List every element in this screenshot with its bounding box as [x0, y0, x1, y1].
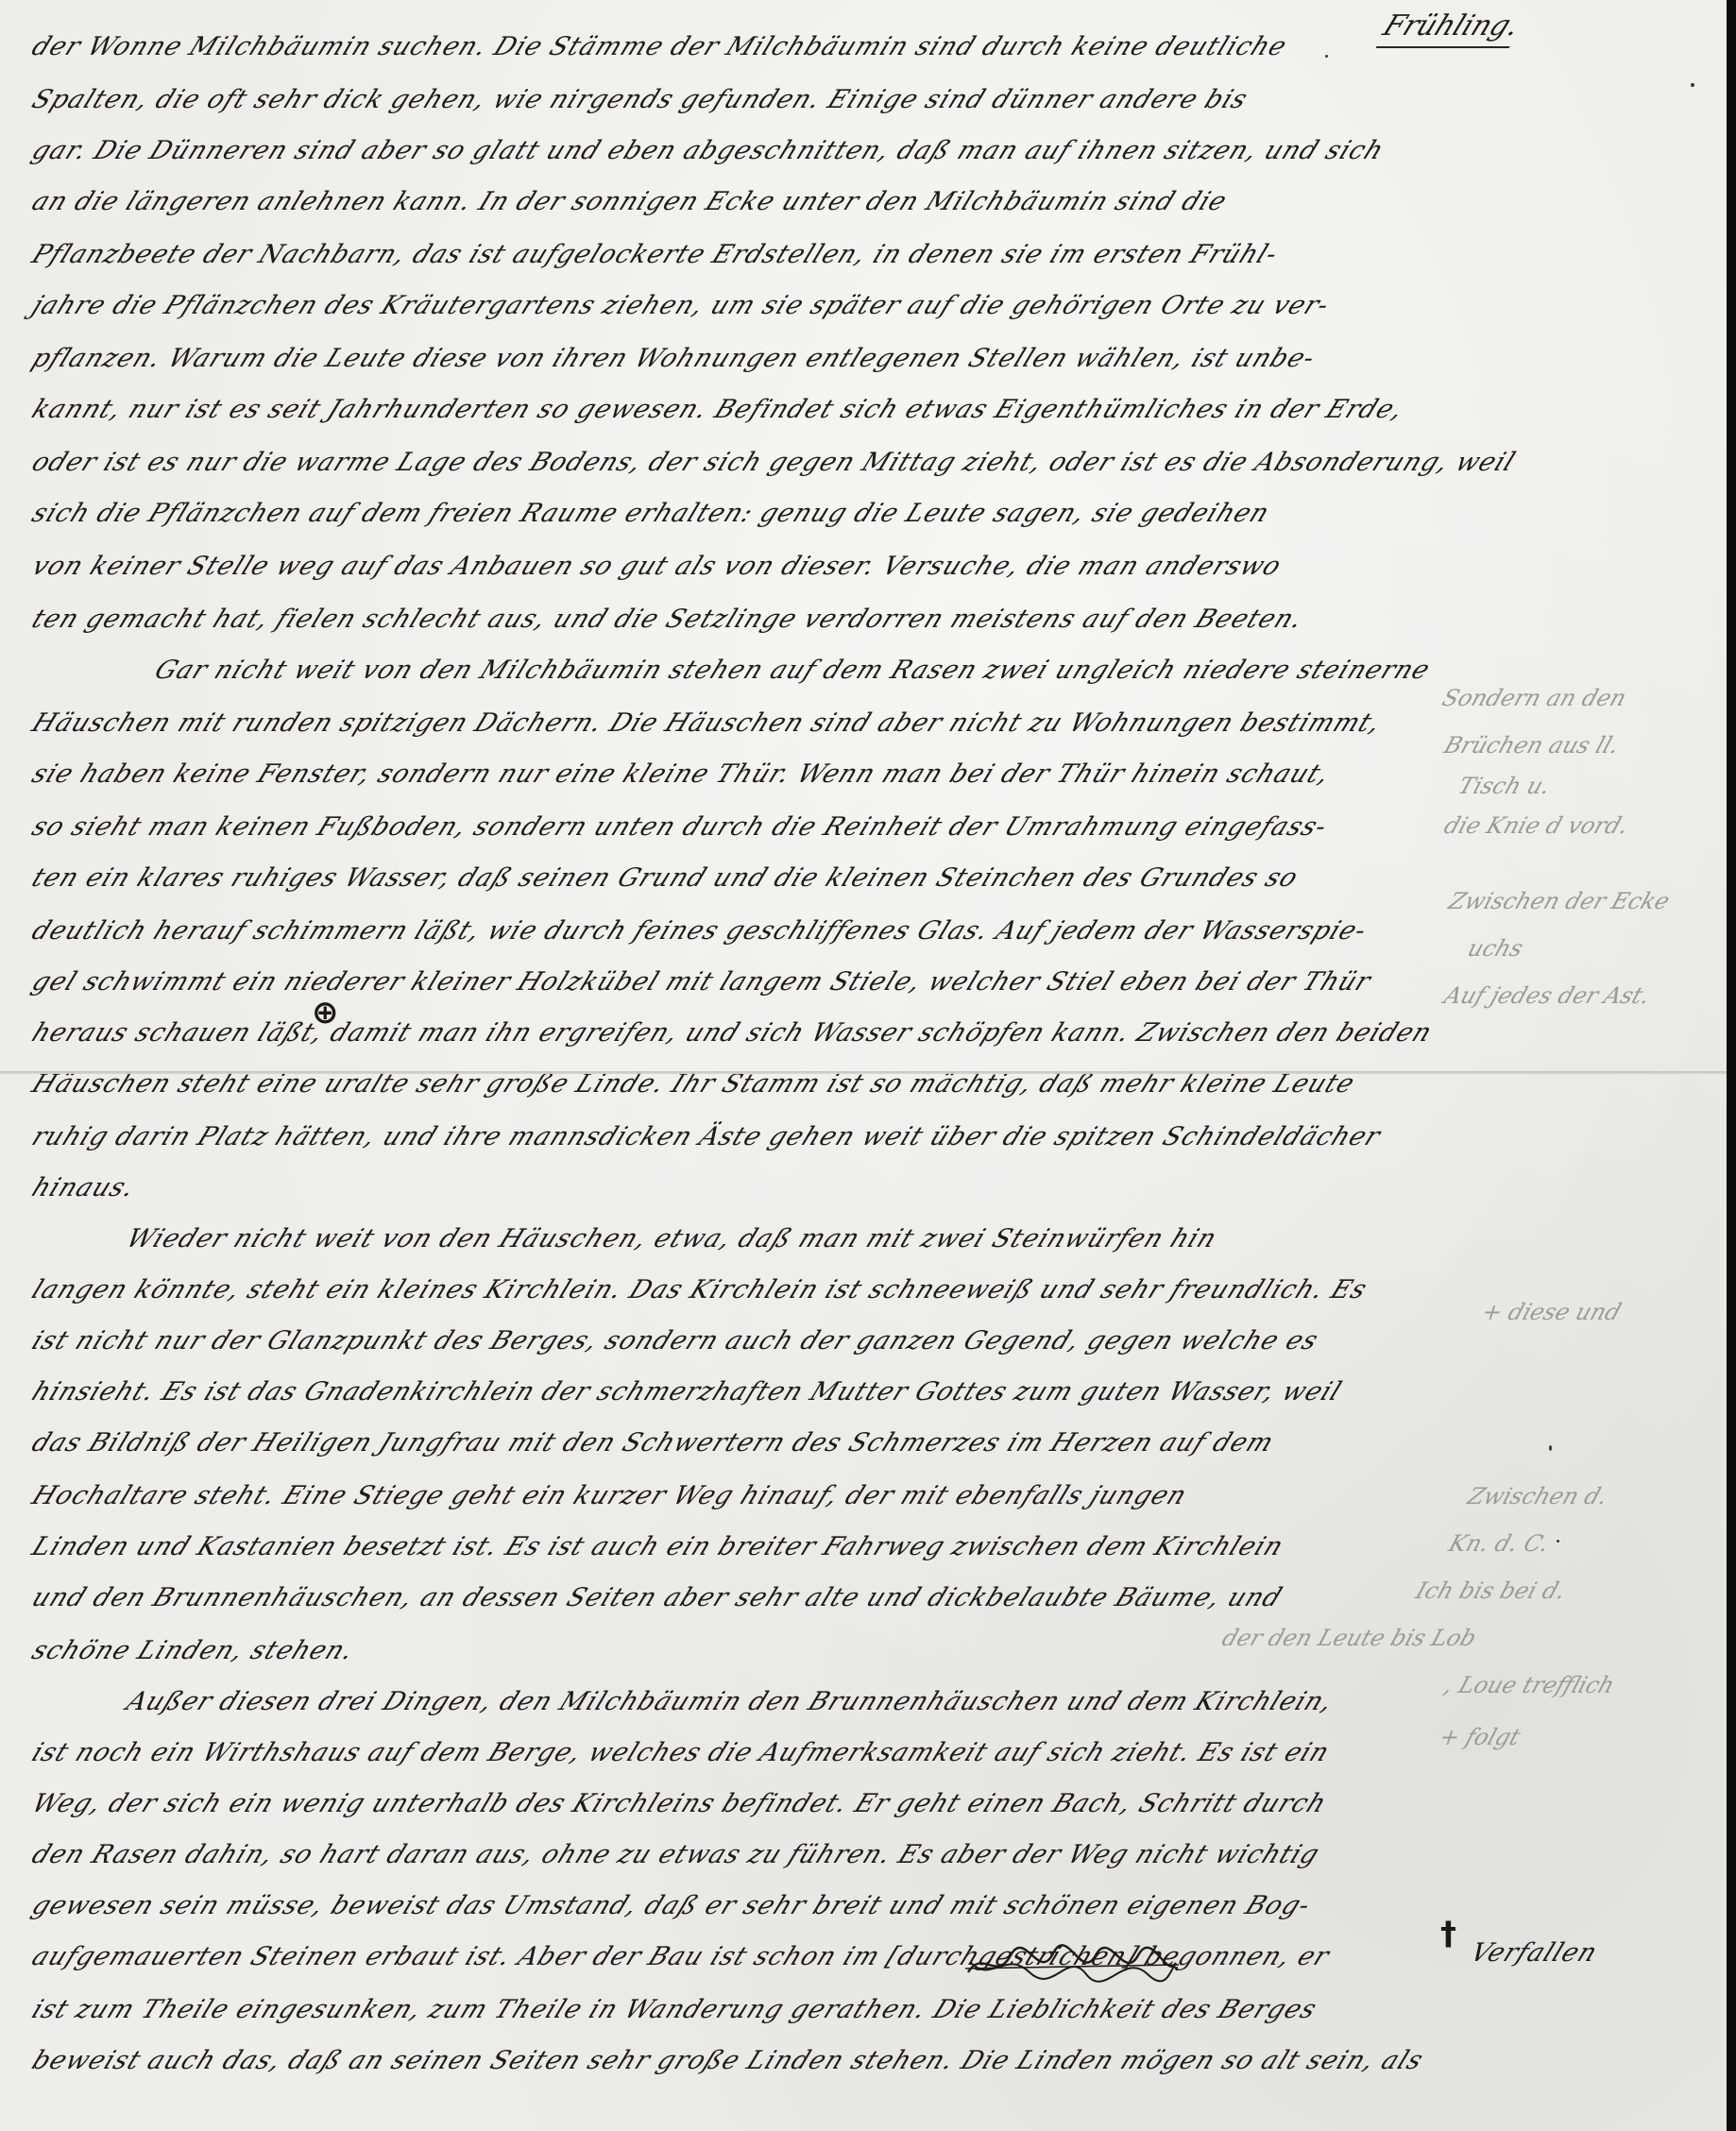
ink-speck — [1557, 1540, 1559, 1543]
document-page: der Wonne Milchbäumin suchen. Die Stämme… — [0, 0, 1727, 2131]
pencil-margin-note: Zwischen d. — [1464, 1483, 1610, 1509]
handwritten-line: so sieht man keinen Fußboden, sondern un… — [28, 814, 1331, 840]
handwritten-line: schöne Linden, stehen. — [28, 1638, 358, 1663]
handwritten-line: deutlich herauf schimmern läßt, wie durc… — [28, 918, 1370, 944]
handwritten-line: Wieder nicht weit von den Häuschen, etwa… — [123, 1226, 1221, 1252]
pencil-margin-note: Sondern an den — [1438, 685, 1629, 711]
pencil-margin-note: Brüchen aus ll. — [1440, 732, 1623, 759]
handwritten-line: Linden und Kastanien besetzt ist. Es ist… — [28, 1534, 1287, 1560]
ink-speck — [1325, 55, 1328, 58]
pencil-margin-note: Zwischen der Ecke — [1445, 888, 1673, 914]
handwritten-line: den Rasen dahin, so hart daran aus, ohne… — [28, 1842, 1323, 1867]
scan-edge-border — [1727, 0, 1736, 2131]
handwritten-line: pflanzen. Warum die Leute diese von ihre… — [28, 346, 1319, 371]
handwritten-line: Häuschen steht eine uralte sehr große Li… — [28, 1071, 1359, 1097]
pencil-margin-note: + diese und — [1478, 1299, 1625, 1325]
handwritten-line: kannt, nur ist es seit Jahrhunderten so … — [28, 397, 1407, 422]
handwritten-line: ten gemacht hat, fielen schlecht aus, un… — [28, 606, 1307, 632]
handwritten-line: hinaus. — [28, 1175, 139, 1201]
handwritten-line: heraus schauen läßt, damit man ihn ergre… — [28, 1020, 1436, 1046]
pencil-margin-note: Ich bis bei d. — [1412, 1577, 1569, 1604]
handwritten-line: jahre die Pflänzchen des Kräutergartens … — [28, 293, 1334, 318]
ink-speck — [1691, 83, 1694, 87]
handwritten-line: an die längeren anlehnen kann. In der so… — [28, 189, 1231, 214]
pencil-margin-note: Auf jedes der Ast. — [1440, 982, 1653, 1009]
handwritten-line: Häuschen mit runden spitzigen Dächern. D… — [28, 710, 1385, 736]
handwritten-line: ist zum Theile eingesunken, zum Theile i… — [28, 1997, 1320, 2022]
insertion-mark-icon: † — [1440, 1915, 1456, 1952]
pencil-margin-note: die Knie d vord. — [1440, 812, 1631, 839]
handwritten-line: hinsieht. Es ist das Gnadenkirchlein der… — [28, 1379, 1346, 1405]
handwritten-line: Weg, der sich ein wenig unterhalb des Ki… — [28, 1791, 1331, 1816]
crossed-out-word-scribble — [963, 1944, 1181, 1987]
handwritten-line: gar. Die Dünneren sind aber so glatt und… — [28, 138, 1387, 163]
handwritten-line: von keiner Stelle weg auf das Anbauen so… — [28, 554, 1285, 579]
handwritten-line: Pflanzbeete der Nachbarn, das ist aufgel… — [28, 242, 1282, 267]
handwritten-line: gel schwimmt ein niederer kleiner Holzkü… — [28, 969, 1375, 995]
pencil-margin-note: , Loue trefflich — [1440, 1672, 1618, 1698]
handwritten-line: der Wonne Milchbäumin suchen. Die Stämme… — [28, 34, 1291, 60]
heading-word-fruehling: Frühling. — [1376, 9, 1525, 48]
handwritten-line: Spalten, die oft sehr dick gehen, wie ni… — [28, 87, 1251, 112]
pencil-margin-note: uchs — [1464, 935, 1526, 962]
handwritten-line: Außer diesen drei Dingen, den Milchbäumi… — [123, 1689, 1337, 1714]
pencil-margin-note: + folgt — [1436, 1724, 1523, 1750]
handwritten-line: gewesen sein müsse, beweist das Umstand,… — [28, 1893, 1315, 1918]
ink-speck — [1549, 1445, 1552, 1451]
handwritten-line: das Bildniß der Heiligen Jungfrau mit de… — [28, 1430, 1278, 1456]
handwritten-line: ten ein klares ruhiges Wasser, daß seine… — [28, 865, 1302, 891]
insertion-mark-icon: ⊕ — [312, 994, 339, 1031]
pencil-margin-note: Tisch u. — [1455, 773, 1554, 799]
handwritten-line: und den Brunnenhäuschen, an dessen Seite… — [28, 1585, 1286, 1611]
handwritten-line: ruhig darin Platz hätten, und ihre manns… — [28, 1124, 1385, 1150]
handwritten-line: langen könnte, steht ein kleines Kirchle… — [28, 1277, 1371, 1303]
handwritten-line: sich die Pflänzchen auf dem freien Raume… — [28, 501, 1273, 526]
handwritten-line: Gar nicht weit von den Milchbäumin stehe… — [151, 657, 1434, 683]
marginal-insertion-text: Verfallen — [1467, 1940, 1602, 1966]
handwritten-line: Hochaltare steht. Eine Stiege geht ein k… — [28, 1483, 1191, 1509]
paper-fold-line — [0, 1071, 1727, 1074]
pencil-margin-note: Kn. d. C. — [1445, 1530, 1553, 1557]
handwritten-line: beweist auch das, daß an seinen Seiten s… — [28, 2048, 1427, 2073]
handwritten-line: ist nicht nur der Glanzpunkt des Berges,… — [28, 1328, 1322, 1354]
handwritten-line: oder ist es nur die warme Lage des Boden… — [28, 450, 1520, 475]
handwritten-line: ist noch ein Wirthshaus auf dem Berge, w… — [28, 1740, 1334, 1765]
pencil-margin-note: der den Leute bis Lob — [1218, 1625, 1479, 1651]
handwritten-line: sie haben keine Fenster, sondern nur ein… — [28, 761, 1334, 787]
